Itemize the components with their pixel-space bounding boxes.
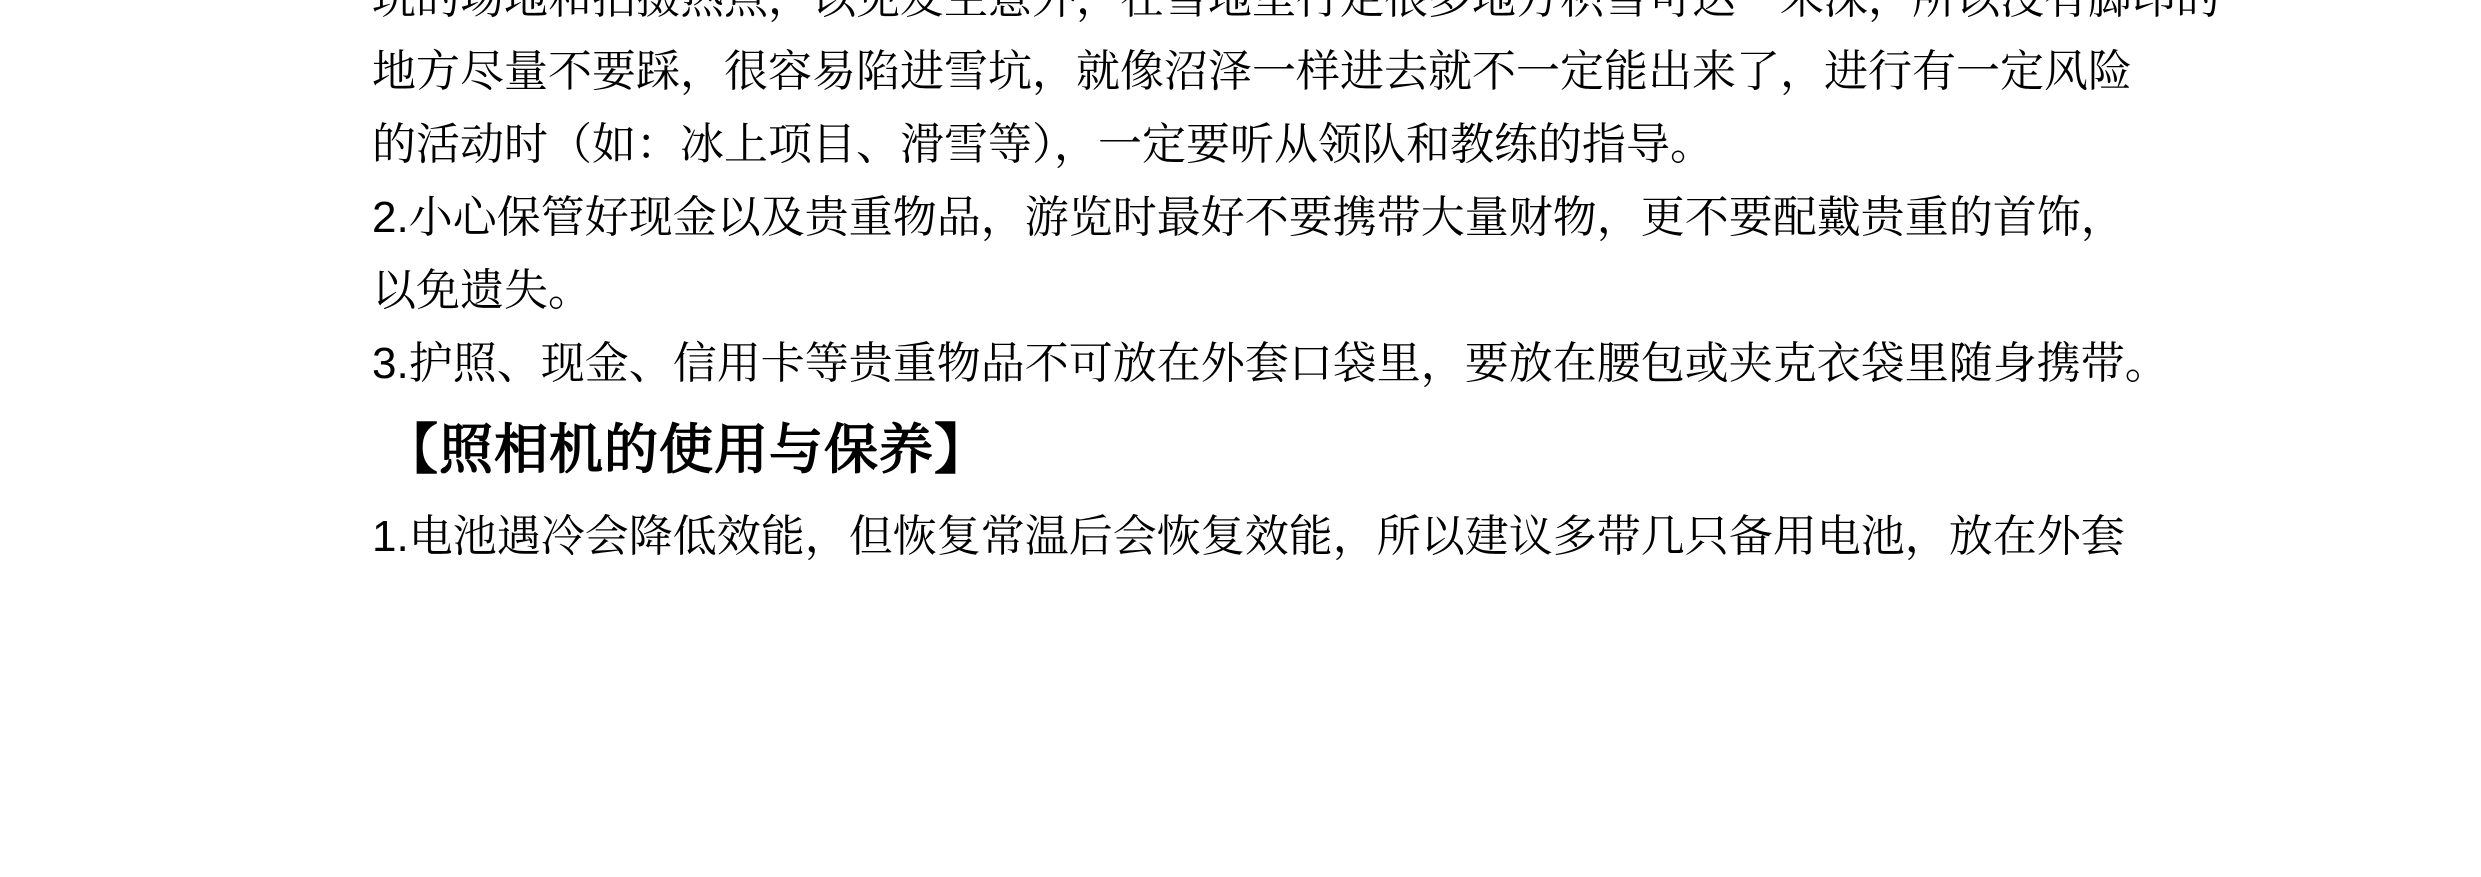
document-page: 玩的场地和拍摄热点，以免发生意外，在雪地里行走很多地方积雪可达一米深，所以没有脚… <box>372 0 2162 573</box>
valuables-item-line-1: 2.小心保管好现金以及贵重物品，游览时最好不要携带大量财物，更不要配戴贵重的首饰… <box>372 181 2162 254</box>
valuables-item-line-2: 以免遗失。 <box>372 254 2162 327</box>
snow-safety-line-3: 的活动时（如：冰上项目、滑雪等），一定要听从领队和教练的指导。 <box>372 108 2162 181</box>
snow-safety-line-clipped: 玩的场地和拍摄热点，以免发生意外，在雪地里行走很多地方积雪可达一米深，所以没有脚… <box>372 0 2162 35</box>
passport-item-line: 3.护照、现金、信用卡等贵重物品不可放在外套口袋里，要放在腰包或夹克衣袋里随身携… <box>372 327 2162 400</box>
snow-safety-line-2: 地方尽量不要踩，很容易陷进雪坑，就像沼泽一样进去就不一定能出来了，进行有一定风险 <box>372 35 2162 108</box>
camera-care-section-heading: 【照相机的使用与保养】 <box>372 400 2162 500</box>
battery-item-line: 1.电池遇冷会降低效能，但恢复常温后会恢复效能，所以建议多带几只备用电池，放在外… <box>372 500 2162 573</box>
